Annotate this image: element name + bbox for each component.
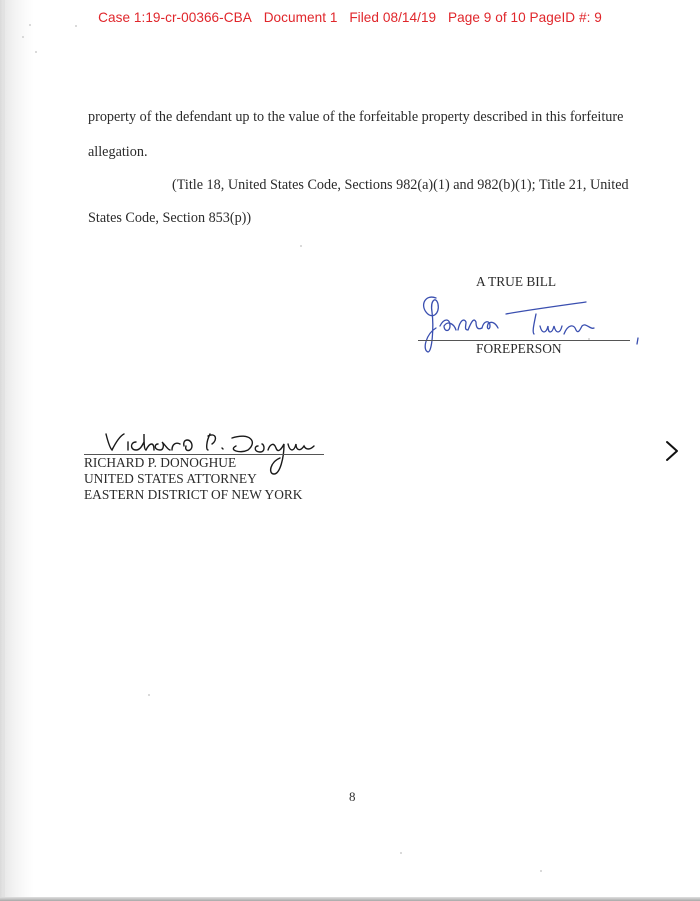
filed-date: Filed 08/14/19: [349, 10, 436, 25]
body-line-2: allegation.: [88, 144, 148, 161]
attorney-name: RICHARD P. DONOGHUE: [84, 455, 236, 471]
next-page-button[interactable]: [660, 436, 684, 466]
body-line-1: property of the defendant up to the valu…: [88, 109, 623, 126]
page-bottom-edge: [0, 897, 700, 901]
scan-speck: [22, 36, 24, 38]
case-number: Case 1:19-cr-00366-CBA: [98, 10, 252, 25]
scan-speck: [148, 694, 150, 696]
citation-line-2: States Code, Section 853(p)): [88, 210, 251, 227]
citation-line-1: (Title 18, United States Code, Sections …: [172, 177, 629, 194]
chevron-right-icon: [660, 436, 684, 466]
scan-speck: [75, 25, 77, 27]
case-header-stamp: Case 1:19-cr-00366-CBA Document 1 Filed …: [0, 10, 700, 25]
page-edge-shadow: [0, 0, 34, 901]
true-bill-heading: A TRUE BILL: [476, 274, 556, 290]
scan-speck: [35, 51, 37, 53]
foreperson-title: FOREPERSON: [476, 341, 562, 357]
scan-speck: [300, 245, 302, 247]
scan-speck: [540, 870, 542, 872]
attorney-district: EASTERN DISTRICT OF NEW YORK: [84, 487, 302, 503]
attorney-title: UNITED STATES ATTORNEY: [84, 471, 257, 487]
document-number: Document 1: [264, 10, 338, 25]
scan-speck: [400, 852, 402, 854]
page-id: Page 9 of 10 PageID #: 9: [448, 10, 602, 25]
page-number: 8: [349, 789, 356, 805]
